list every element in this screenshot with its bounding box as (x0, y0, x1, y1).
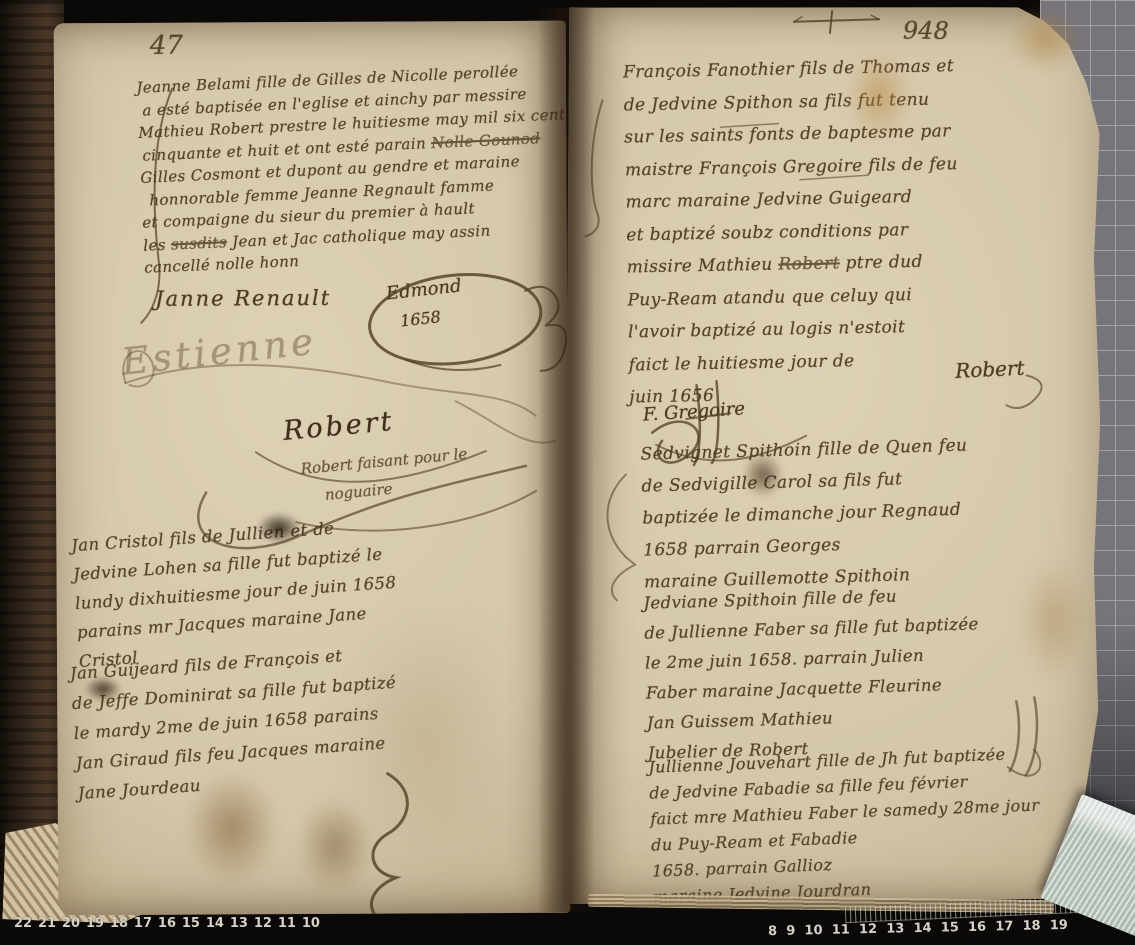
manuscript-photo-scene: 47 Jeanne Belami fille de Gilles de Nico… (0, 0, 1135, 945)
signature-janne-renault: Janne Renault (155, 286, 331, 311)
manuscript-line: marc maraine Jedvine Guigeard (625, 180, 958, 219)
signature-estienne: Estienne (119, 319, 319, 383)
manuscript-line: Puy-Ream atandu que celuy qui (627, 278, 960, 317)
left-page-number: 47 (150, 31, 183, 61)
ruler-number: 12 (254, 916, 272, 931)
ruler-number: 22 (14, 916, 32, 931)
ruler-number: 11 (278, 916, 296, 931)
ruler-number: 13 (886, 921, 904, 936)
ruler-number: 8 (768, 924, 777, 939)
ruler-number: 17 (134, 916, 152, 931)
ruler-number: 20 (62, 916, 80, 931)
signature-robert-note: noguaire (324, 480, 393, 504)
signature-edmond: Edmond (385, 275, 463, 304)
right-page-number: 948 (903, 16, 949, 44)
struck-word: Nolle Gounod (431, 129, 541, 152)
ruler-number: 15 (941, 920, 959, 935)
baptism-record-left-1: Jeanne Belami fille de Gilles de Nicolle… (136, 58, 572, 279)
baptism-record-right-2: Sedvignet Spithoin fille de Quen feu de … (640, 430, 971, 599)
ruler-number: 17 (995, 919, 1013, 934)
manuscript-text: les (143, 235, 172, 254)
ruler-number: 9 (786, 924, 795, 939)
ruler-number: 10 (302, 916, 320, 931)
ruler-number: 18 (1022, 918, 1040, 933)
ruler-number: 13 (230, 916, 248, 931)
bottom-ruler-left: 22 21 20 19 18 17 16 15 14 13 12 11 10 (14, 916, 320, 931)
signature-robert: Robert (282, 406, 396, 447)
ruler-number: 11 (832, 922, 850, 937)
ruler-number: 10 (804, 923, 822, 938)
ruler-number: 19 (1050, 918, 1068, 933)
baptism-record-right-1: François Fanothier fils de Thomas et de … (623, 50, 963, 414)
signature-robert-note: Robert faisant pour le (300, 445, 468, 478)
signature-robert: Robert (955, 356, 1025, 383)
ruler-number: 14 (913, 921, 931, 936)
baptism-record-right-3: Jedviane Spithoin fille de feu de Jullie… (643, 579, 982, 768)
right-page: 948 François Fanothier fils de Thomas et… (563, 4, 1103, 908)
left-page: 47 Jeanne Belami fille de Gilles de Nico… (54, 21, 571, 916)
struck-word: susdits (171, 233, 228, 253)
ruler-number: 16 (158, 916, 176, 931)
manuscript-text: missire Mathieu (627, 255, 779, 278)
ruler-number: 18 (110, 916, 128, 931)
ruler-number: 15 (182, 916, 200, 931)
signature-year: 1658 (399, 307, 442, 330)
struck-word: Robert (778, 253, 840, 274)
baptism-record-left-3: Jan Guijeard fils de François et de Jeff… (69, 638, 403, 809)
manuscript-text: ptre dud (840, 252, 923, 274)
ruler-number: 14 (206, 916, 224, 931)
ruler-number: 19 (86, 916, 104, 931)
ruler-number: 21 (38, 916, 56, 931)
book-gutter-shadow (538, 8, 594, 912)
ruler-number: 16 (968, 920, 986, 935)
ruler-number: 12 (859, 922, 877, 937)
baptism-record-right-4: Jullienne Jouvehart fille de Jh fut bapt… (648, 740, 1043, 910)
bottom-ruler-right: 8 9 10 11 12 13 14 15 16 17 18 19 (768, 918, 1068, 939)
